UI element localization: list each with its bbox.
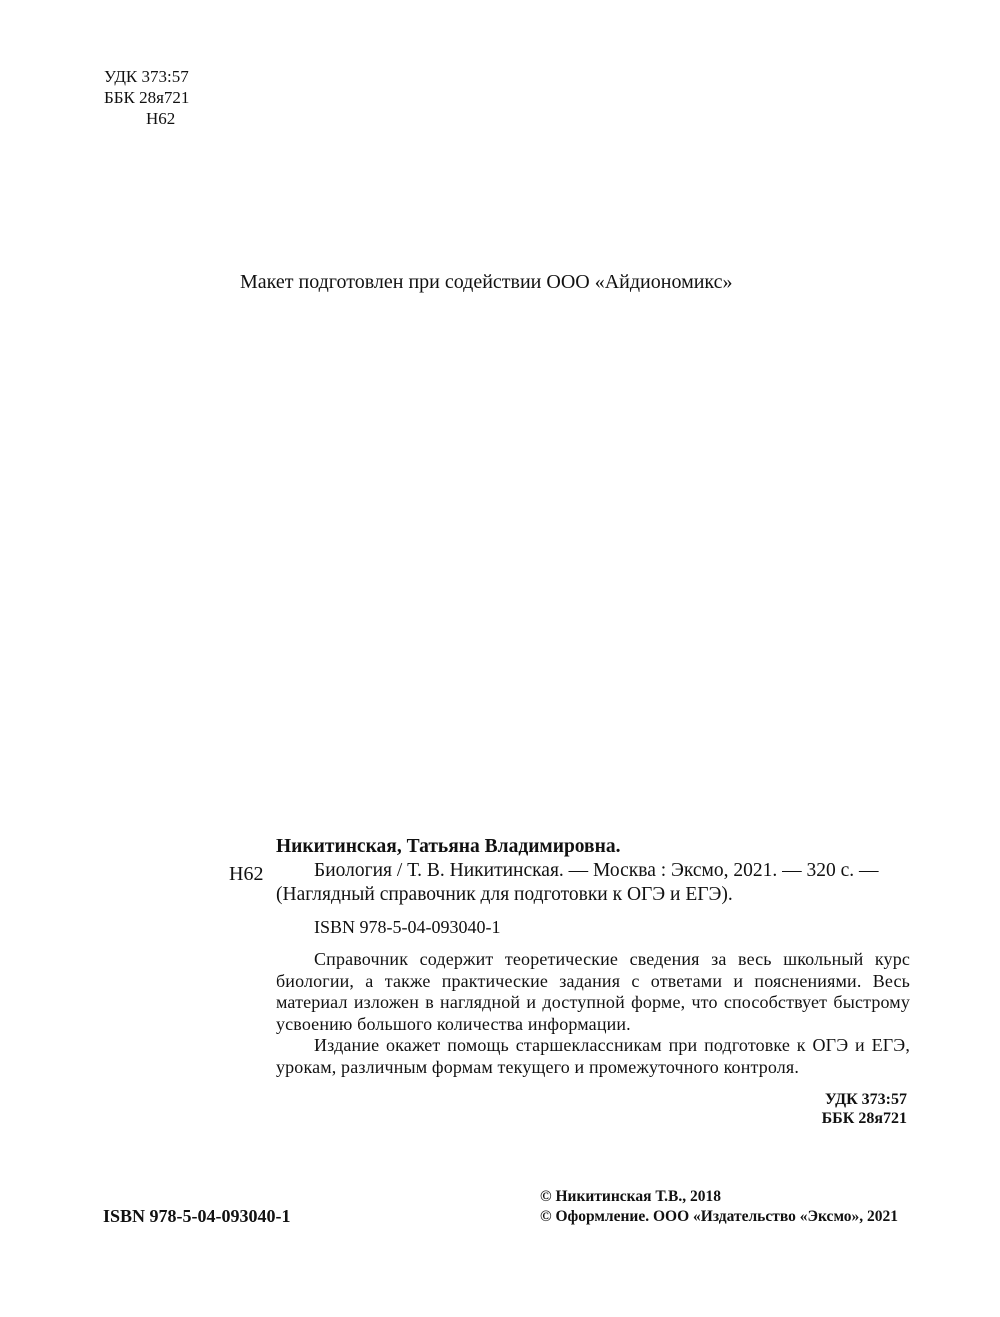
- card-bbk: ББК 28я721: [276, 1109, 907, 1128]
- card-series-line: (Наглядный справочник для подготовки к О…: [276, 883, 910, 907]
- card-isbn: ISBN 978-5-04-093040-1: [276, 915, 910, 939]
- copyright-block: © Никитинская Т.В., 2018 © Оформление. О…: [540, 1187, 898, 1227]
- bbk-code: ББК 28я721: [104, 87, 189, 108]
- copyright-author: © Никитинская Т.В., 2018: [540, 1187, 898, 1207]
- abstract-paragraph: Издание окажет помощь старшеклассникам п…: [276, 1035, 910, 1078]
- card-codes: УДК 373:57 ББК 28я721: [276, 1090, 910, 1128]
- bibliographic-card: Никитинская, Татьяна Владимировна. Биоло…: [276, 835, 910, 1128]
- footer-isbn: ISBN 978-5-04-093040-1: [103, 1205, 291, 1227]
- udk-code: УДК 373:57: [104, 66, 189, 87]
- card-author: Никитинская, Татьяна Владимировна.: [276, 835, 910, 859]
- card-title-line: Биология / Т. В. Никитинская. — Москва :…: [276, 859, 910, 883]
- card-abstract: Справочник содержит теоретические сведен…: [276, 949, 910, 1078]
- abstract-paragraph: Справочник содержит теоретические сведен…: [276, 949, 910, 1035]
- classification-block: УДК 373:57 ББК 28я721 Н62: [104, 66, 189, 129]
- author-mark: Н62: [104, 108, 189, 129]
- card-udk: УДК 373:57: [276, 1090, 907, 1109]
- card-author-mark: Н62: [229, 862, 263, 886]
- copyright-design: © Оформление. ООО «Издательство «Эксмо»,…: [540, 1207, 898, 1227]
- layout-credit: Макет подготовлен при содействии ООО «Ай…: [240, 270, 733, 294]
